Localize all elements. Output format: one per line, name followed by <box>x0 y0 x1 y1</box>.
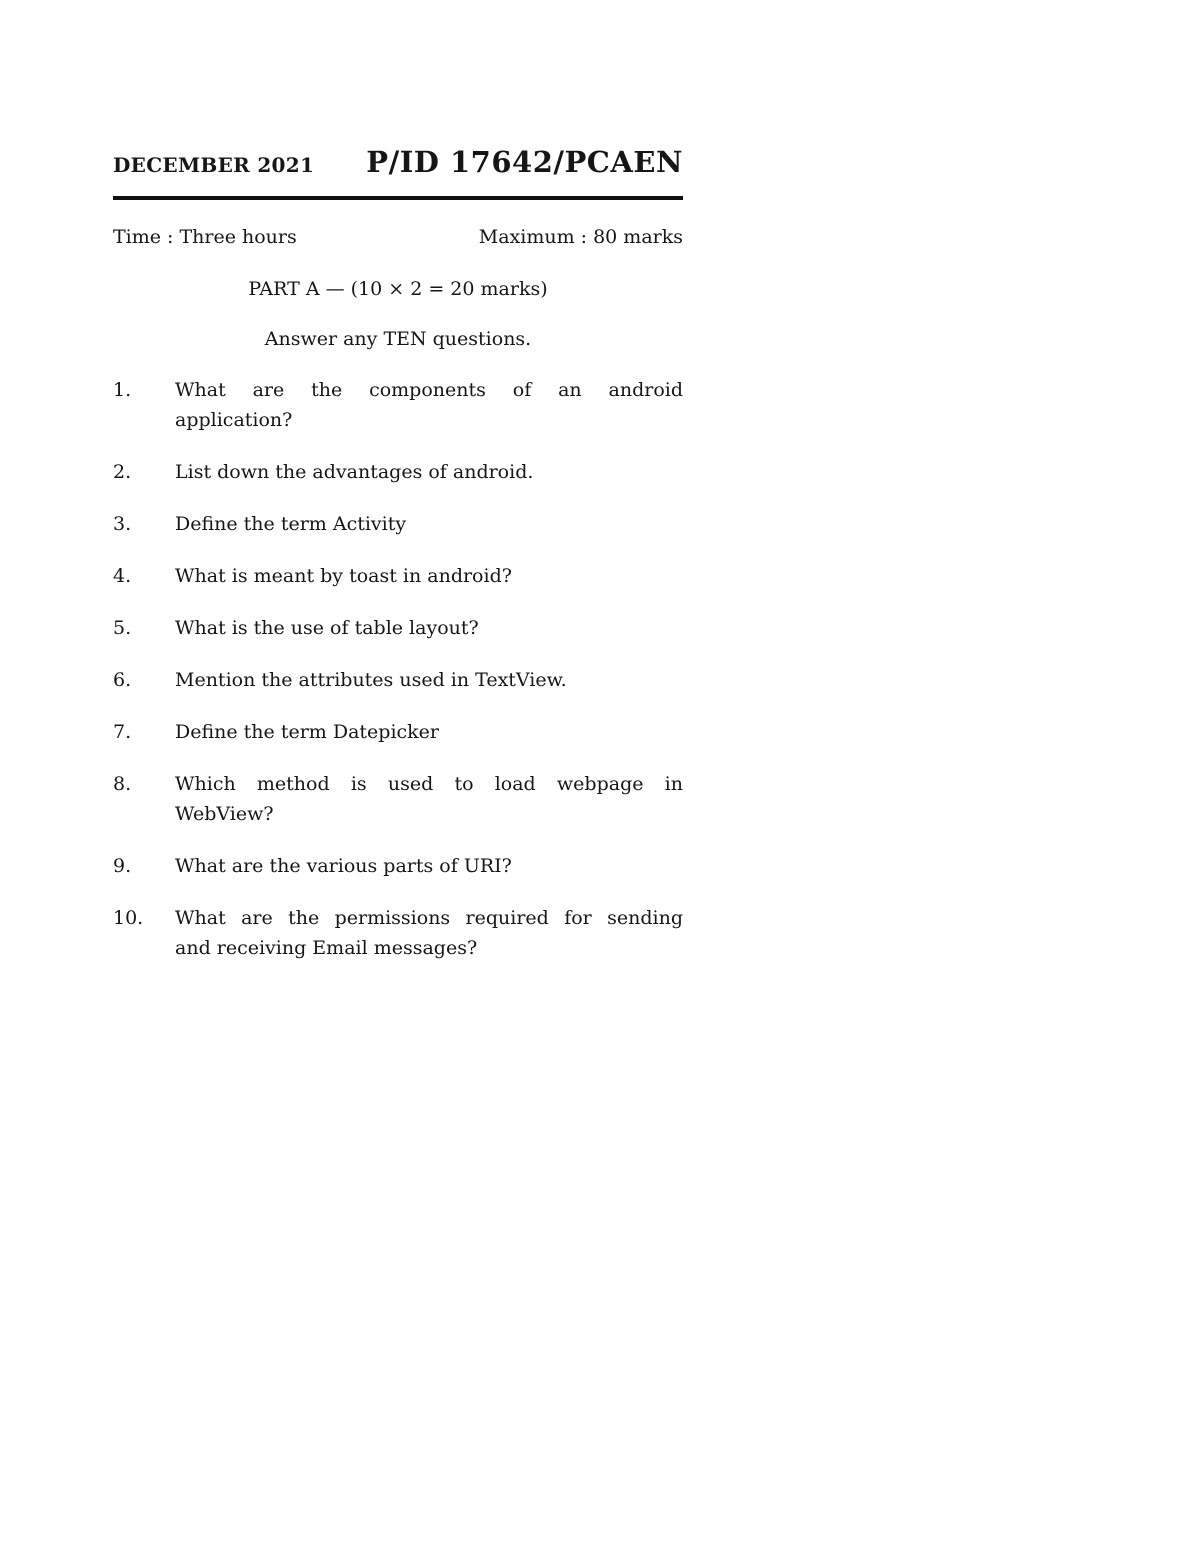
question-line: WebView? <box>175 799 683 829</box>
exam-meta: Time : Three hours Maximum : 80 marks <box>113 226 683 249</box>
question-line: Define the term Activity <box>175 509 683 539</box>
question-number: 3. <box>113 509 175 539</box>
question-10: 10. What are the permissions required fo… <box>113 903 683 963</box>
question-number: 4. <box>113 561 175 591</box>
question-list: 1. What are the components of an android… <box>113 375 683 963</box>
question-line: Mention the attributes used in TextView. <box>175 665 683 695</box>
question-number: 10. <box>113 903 175 963</box>
part-a-title: PART A — (10 × 2 = 20 marks) <box>113 278 683 301</box>
question-text: Define the term Activity <box>175 509 683 539</box>
question-line: What are the permissions required for se… <box>175 903 683 933</box>
question-5: 5. What is the use of table layout? <box>113 613 683 643</box>
question-3: 3. Define the term Activity <box>113 509 683 539</box>
question-line: and receiving Email messages? <box>175 933 683 963</box>
question-text: Define the term Datepicker <box>175 717 683 747</box>
question-line: What is meant by toast in android? <box>175 561 683 591</box>
question-9: 9. What are the various parts of URI? <box>113 851 683 881</box>
question-number: 9. <box>113 851 175 881</box>
paper-code: P/ID 17642/PCAEN <box>366 145 683 179</box>
question-line: application? <box>175 405 683 435</box>
question-number: 5. <box>113 613 175 643</box>
question-1: 1. What are the components of an android… <box>113 375 683 435</box>
question-line: What is the use of table layout? <box>175 613 683 643</box>
question-line: What are the components of an android <box>175 375 683 405</box>
question-number: 1. <box>113 375 175 435</box>
question-line: Which method is used to load webpage in <box>175 769 683 799</box>
question-line: What are the various parts of URI? <box>175 851 683 881</box>
time-allowed: Time : Three hours <box>113 226 297 249</box>
question-text: What is the use of table layout? <box>175 613 683 643</box>
question-text: What are the components of an android ap… <box>175 375 683 435</box>
exam-session: DECEMBER 2021 <box>113 153 314 177</box>
question-7: 7. Define the term Datepicker <box>113 717 683 747</box>
question-2: 2. List down the advantages of android. <box>113 457 683 487</box>
question-text: Mention the attributes used in TextView. <box>175 665 683 695</box>
question-number: 2. <box>113 457 175 487</box>
question-line: Define the term Datepicker <box>175 717 683 747</box>
question-number: 6. <box>113 665 175 695</box>
question-text: What is meant by toast in android? <box>175 561 683 591</box>
part-a-instruction: Answer any TEN questions. <box>113 328 683 351</box>
question-6: 6. Mention the attributes used in TextVi… <box>113 665 683 695</box>
exam-paper-page: DECEMBER 2021 P/ID 17642/PCAEN Time : Th… <box>0 0 1200 1553</box>
question-text: Which method is used to load webpage in … <box>175 769 683 829</box>
question-8: 8. Which method is used to load webpage … <box>113 769 683 829</box>
paper-header: DECEMBER 2021 P/ID 17642/PCAEN <box>113 145 683 179</box>
question-number: 8. <box>113 769 175 829</box>
question-line: List down the advantages of android. <box>175 457 683 487</box>
question-text: What are the permissions required for se… <box>175 903 683 963</box>
question-text: List down the advantages of android. <box>175 457 683 487</box>
maximum-marks: Maximum : 80 marks <box>479 226 683 249</box>
question-text: What are the various parts of URI? <box>175 851 683 881</box>
question-number: 7. <box>113 717 175 747</box>
question-4: 4. What is meant by toast in android? <box>113 561 683 591</box>
paper-content: DECEMBER 2021 P/ID 17642/PCAEN Time : Th… <box>113 145 683 985</box>
header-rule <box>113 196 683 200</box>
